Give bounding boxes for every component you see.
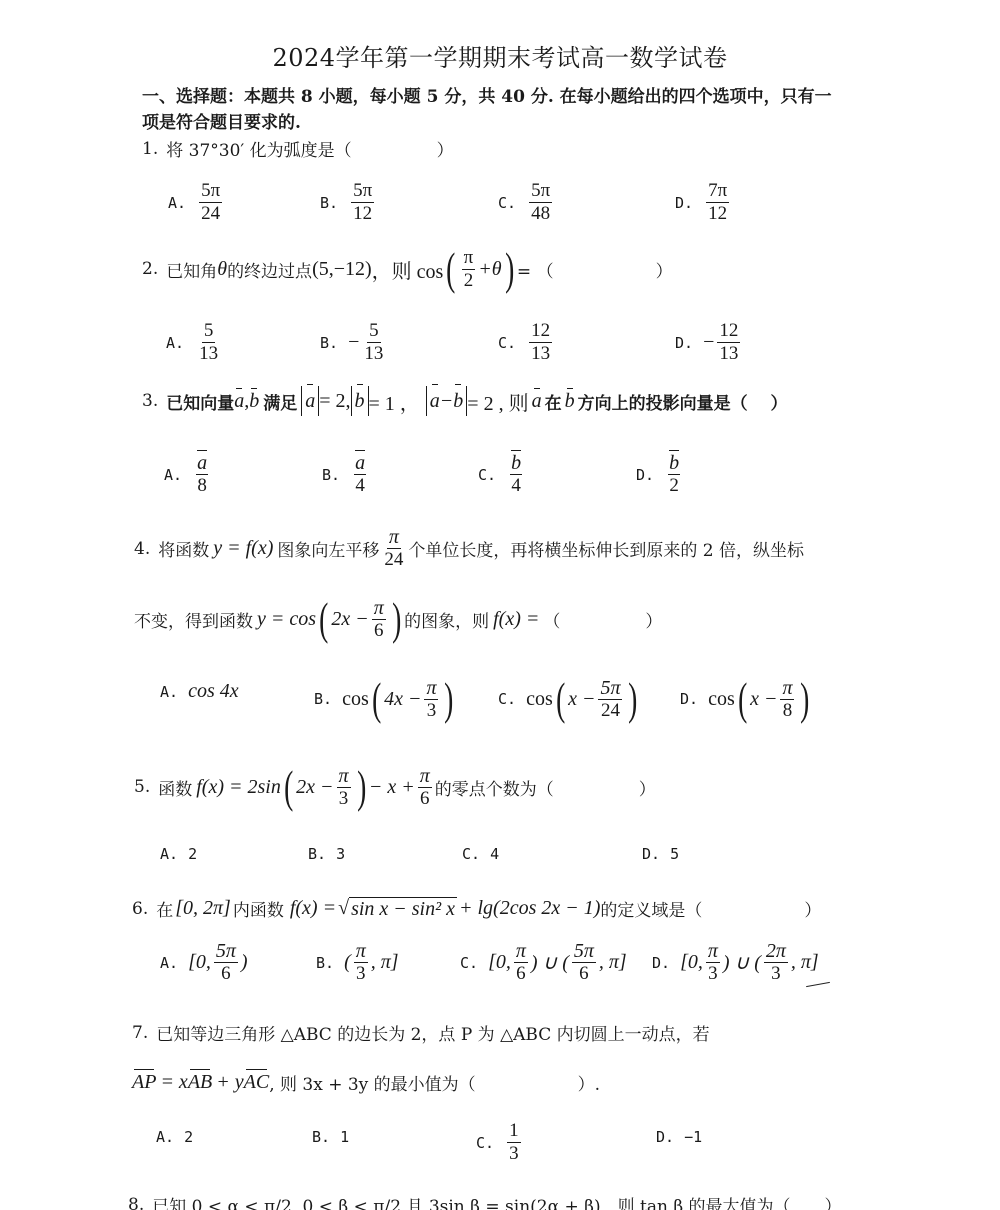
q3-option-a[interactable]: A. a8 <box>164 452 212 497</box>
q4-option-b[interactable]: B. cos ( 4x − π3 ) <box>314 676 457 722</box>
fraction: 5π24 <box>199 180 222 225</box>
q6-option-a[interactable]: A. [0, 5π6 ) <box>160 940 248 985</box>
fraction: 5π12 <box>351 180 374 225</box>
question-number: 1. <box>142 139 158 159</box>
q1-option-b[interactable]: B. 5π12 <box>320 180 377 225</box>
question-text: 将 37°30′ 化为弧度是（ ） <box>166 136 453 161</box>
exam-title: 2024学年第一学期期末考试高一数学试卷 <box>0 38 1000 73</box>
q4-option-a[interactable]: A. cos 4x <box>160 680 239 703</box>
q1-option-d[interactable]: D. 7π12 <box>675 180 732 225</box>
q5-option-c[interactable]: C.4 <box>462 845 509 863</box>
q5-option-b[interactable]: B.3 <box>308 845 355 863</box>
q1-option-c[interactable]: C. 5π48 <box>498 180 555 225</box>
question-8-stem: 8. 已知 0 < α < π/2, 0 < β < π/2 且 3sin β … <box>128 1192 842 1210</box>
q2-option-c[interactable]: C. 1213 <box>498 320 555 365</box>
q4-option-c[interactable]: C. cos ( x − 5π24 ) <box>498 676 641 722</box>
q6-option-d[interactable]: D. [0, π3 ) ∪ ( 2π3 , π] <box>652 940 819 985</box>
question-7-line-2: AP = x AB + y AC , 则 3x + 3y 的最小值为（ ）. <box>132 1070 600 1095</box>
section-line-2: 项是符合题目要求的. <box>142 110 872 136</box>
question-5-stem: 5. 函数 f(x) = 2sin ( 2x − π3 ) − x + π6 的… <box>134 764 656 810</box>
q7-option-a[interactable]: A.2 <box>156 1128 203 1146</box>
right-paren: ) <box>505 246 514 292</box>
question-4-line-2: 不变，得到函数 y = cos ( 2x − π6 ) 的图象，则 f(x) =… <box>134 596 662 642</box>
q6-option-c[interactable]: C. [0, π6 ) ∪ ( 5π6 , π] <box>460 940 627 985</box>
q2-option-d[interactable]: D. − 1213 <box>675 320 743 365</box>
q3-option-b[interactable]: B. a4 <box>322 452 370 497</box>
fraction: 5π48 <box>529 180 552 225</box>
question-2-stem: 2. 已知角 θ 的终边过点 (5,−12) ，则 cos ( π2 +θ ) … <box>142 246 673 292</box>
fraction: 7π12 <box>706 180 729 225</box>
q5-option-d[interactable]: D.5 <box>642 845 689 863</box>
q2-option-b[interactable]: B. − 513 <box>320 320 388 365</box>
q7-option-c[interactable]: C. 13 <box>476 1120 524 1165</box>
q6-option-b[interactable]: B. ( π3 , π] <box>316 940 399 985</box>
q7-option-b[interactable]: B.1 <box>312 1128 359 1146</box>
question-7-line-1: 7. 已知等边三角形 △ABC 的边长为 2，点 P 为 △ABC 内切圆上一动… <box>132 1020 710 1045</box>
left-paren: ( <box>446 246 455 292</box>
question-6-stem: 6. 在 [0, 2π] 内函数 f(x) = √sin x − sin² x … <box>132 896 821 921</box>
question-1-stem: 1. 将 37°30′ 化为弧度是（ ） <box>142 136 454 161</box>
q5-option-a[interactable]: A.2 <box>160 845 207 863</box>
question-3-stem: 3. 已知向量 a,b 满足 a = 2, b = 1 ， a−b = 2 , … <box>142 386 788 416</box>
section-header: 一、选择题：本题共 8 小题，每小题 5 分，共 40 分. 在每小题给出的四个… <box>142 84 872 136</box>
q2-option-a[interactable]: A. 513 <box>166 320 223 365</box>
q4-option-d[interactable]: D. cos ( x − π8 ) <box>680 676 813 722</box>
section-line-1: 一、选择题：本题共 8 小题，每小题 5 分，共 40 分. 在每小题给出的四个… <box>142 84 872 110</box>
q1-option-a[interactable]: A. 5π24 <box>168 180 225 225</box>
q7-option-d[interactable]: D.−1 <box>656 1128 712 1146</box>
question-4-line-1: 4. 将函数 y = f(x) 图象向左平移 π24 个单位长度，再将横坐标伸长… <box>134 526 804 571</box>
q3-option-c[interactable]: C. b4 <box>478 452 526 497</box>
q3-option-d[interactable]: D. b2 <box>636 452 684 497</box>
